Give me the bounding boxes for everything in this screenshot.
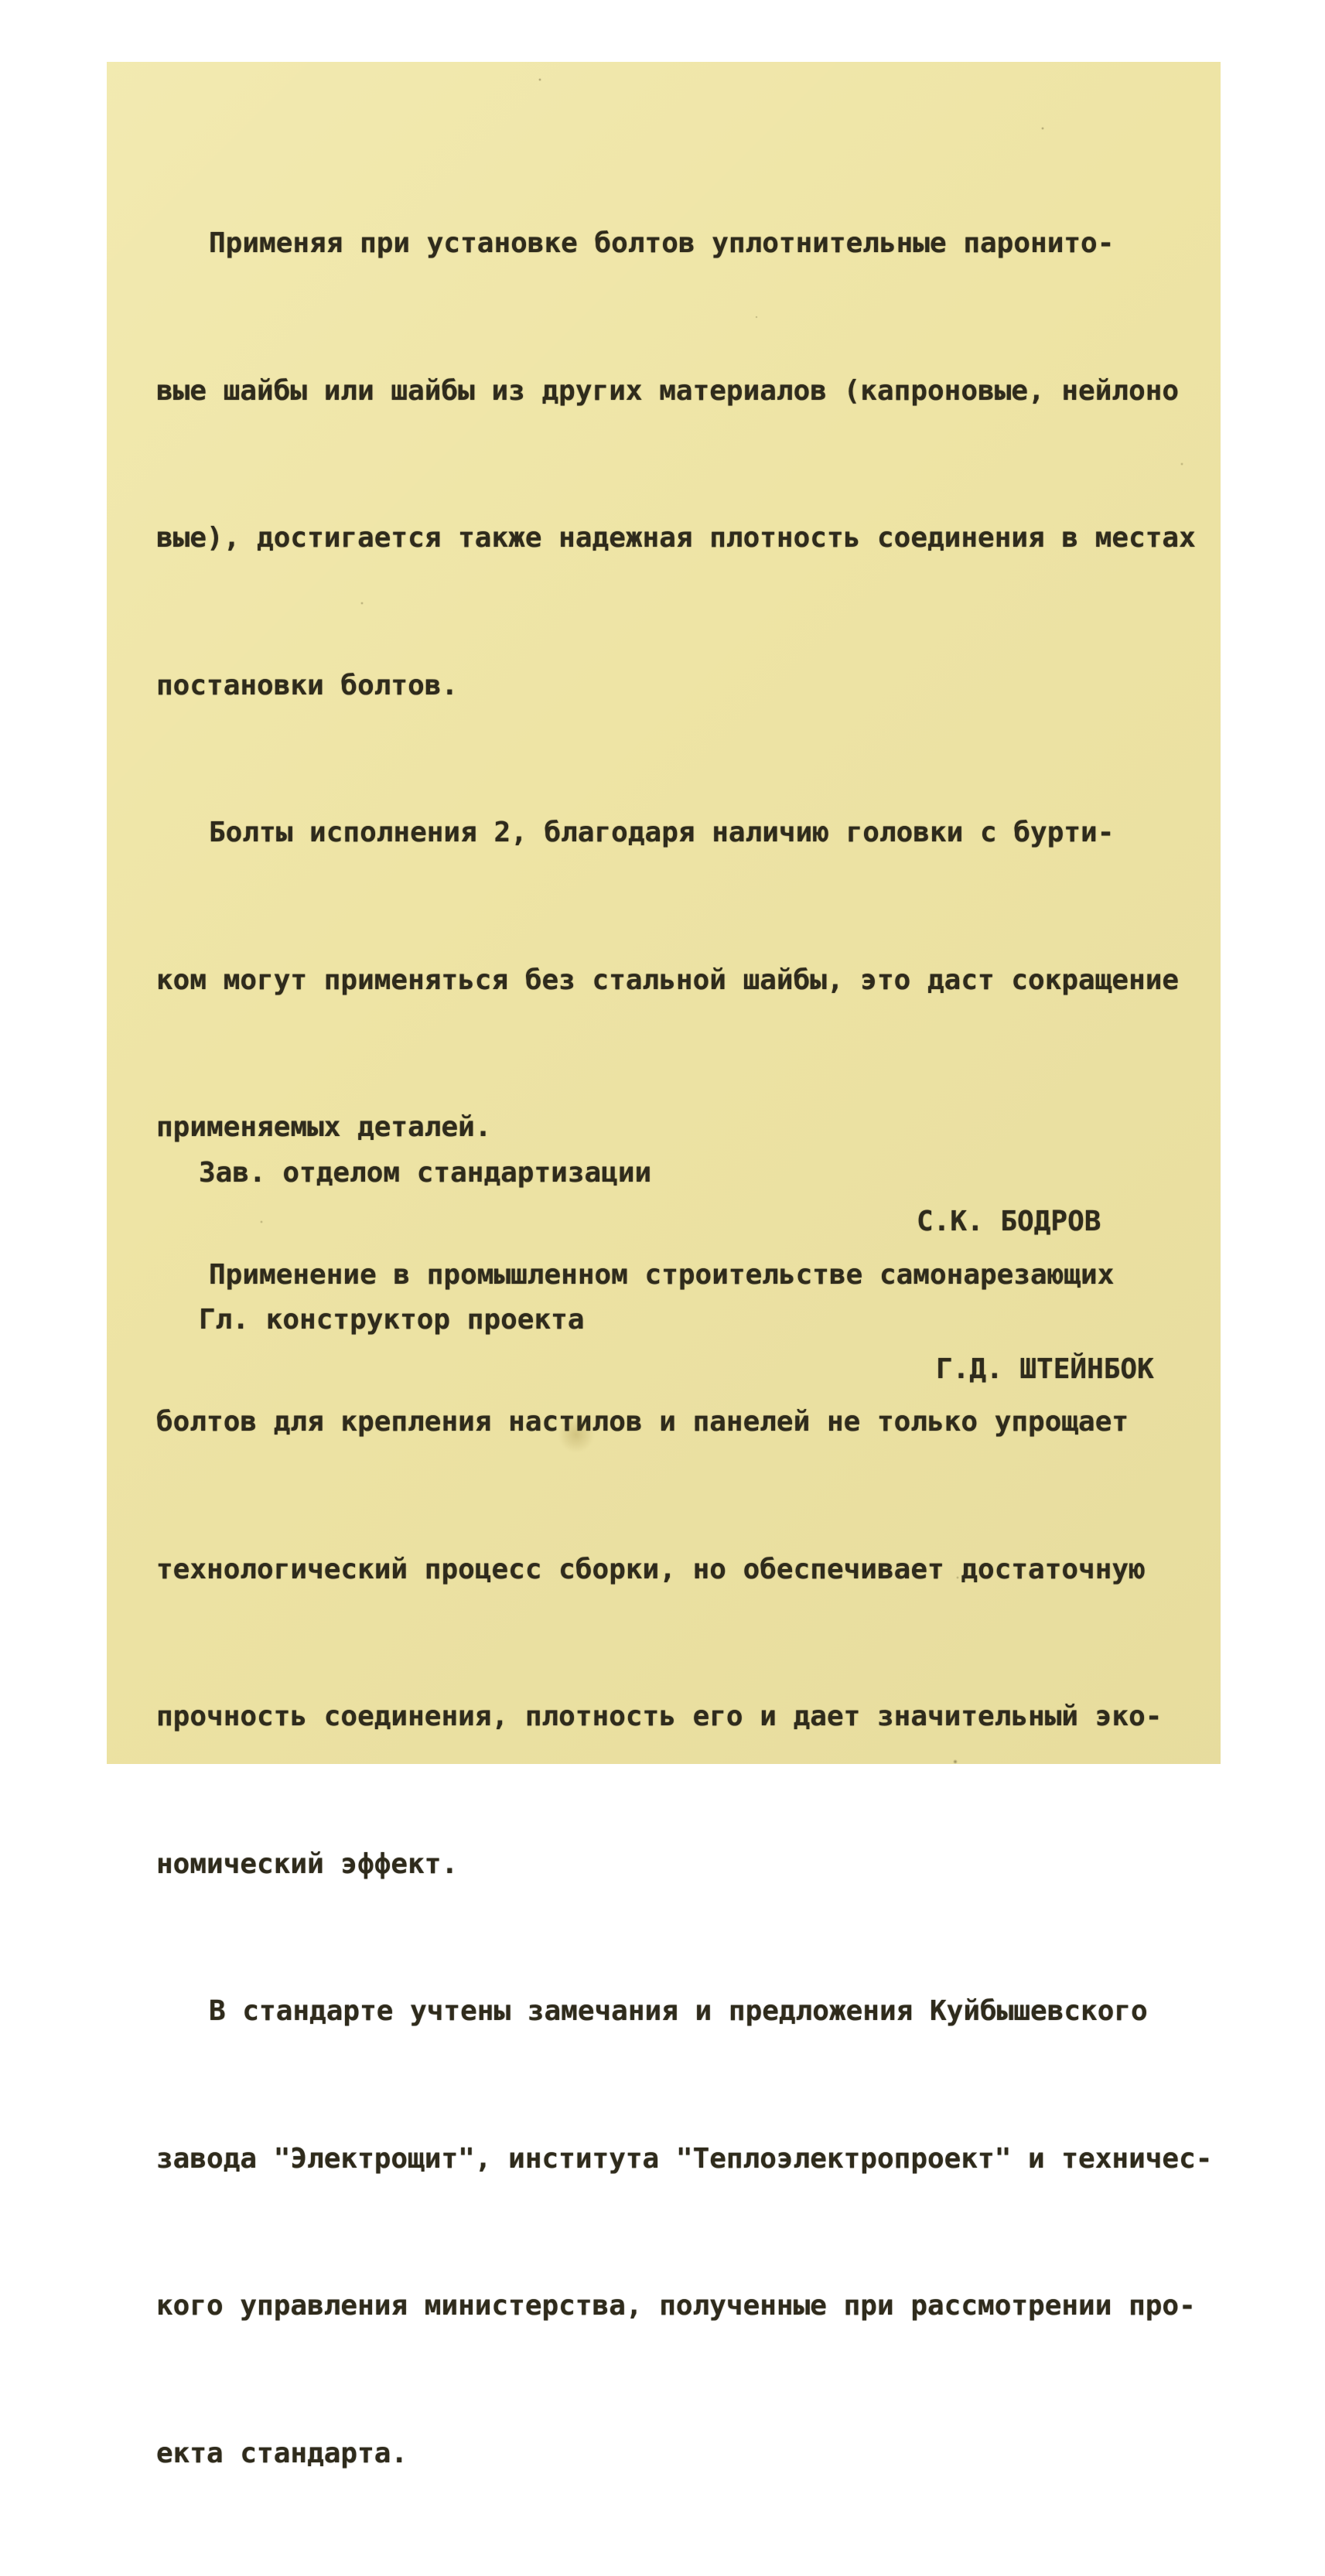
signature-row: Гл. конструктор проекта Г.Д. ШТЕЙНБОК [107, 1247, 1221, 1296]
scanned-page: Применяя при установке болтов уплотнител… [0, 0, 1325, 1827]
text-line: технологический процесс сборки, но обесп… [156, 1545, 1212, 1595]
text-line: Болты исполнения 2, благодаря наличию го… [156, 808, 1212, 858]
text-line: болтов для крепления настилов и панелей … [156, 1397, 1212, 1447]
text-line: екта стандарта. [156, 2429, 1212, 2479]
text-line: постановки болтов. [156, 661, 1212, 711]
text-line: прочность соединения, плотность его и да… [156, 1692, 1212, 1742]
signature-title: Зав. отделом стандартизации [199, 1148, 651, 1198]
text-line: номический эффект. [156, 1840, 1212, 1889]
signature-name: С.К. БОДРОВ [917, 1197, 1101, 1247]
text-line: завода "Электрощит", института "Теплоэле… [156, 2134, 1212, 2184]
signature-row: Зав. отделом стандартизации С.К. БОДРОВ [107, 1099, 1221, 1148]
text-line: вые), достигается также надежная плотнос… [156, 513, 1212, 563]
text-line: ком могут применяться без стальной шайбы… [156, 956, 1212, 1005]
signature-block: Зав. отделом стандартизации С.К. БОДРОВ … [107, 1001, 1221, 1394]
text-line: Применяя при установке болтов уплотнител… [156, 219, 1212, 268]
text-line: В стандарте учтены замечания и предложен… [156, 1987, 1212, 2036]
signature-name: Г.Д. ШТЕЙНБОК [936, 1345, 1154, 1394]
signature-title: Гл. конструктор проекта [199, 1295, 585, 1345]
text-line: вые шайбы или шайбы из других материалов… [156, 367, 1212, 416]
document-paper: Применяя при установке болтов уплотнител… [107, 62, 1221, 1764]
text-line: кого управления министерства, полученные… [156, 2281, 1212, 2331]
